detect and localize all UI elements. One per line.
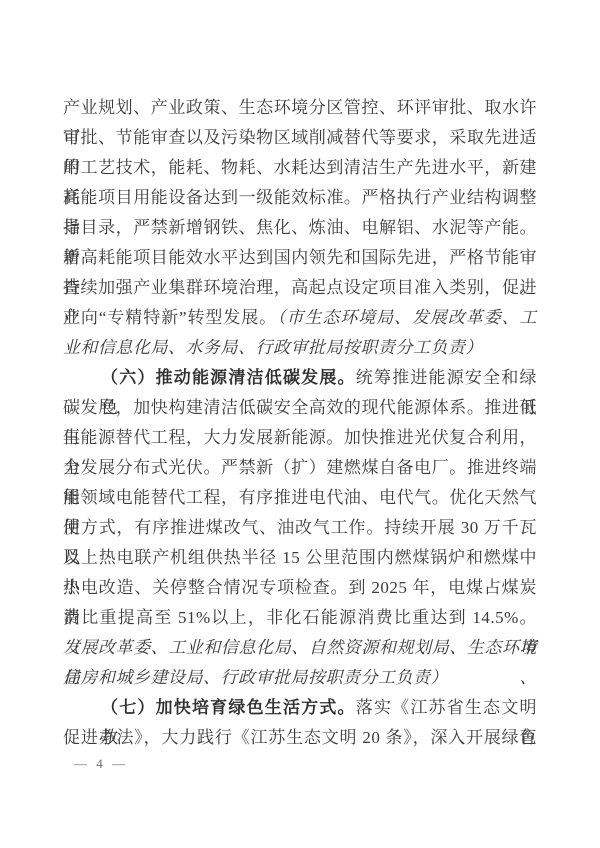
text-segment: 促进办法》，大力践行《江苏生态文明 20 条》，深入开展绿色 [63,728,537,747]
text-segment: 住房和城乡建设局、行政审批局按职责分工负责） [63,668,448,687]
text-line: 的工艺技术，能耗、物耗、水耗达到清洁生产先进水平，新建高 [63,153,537,183]
text-line: 持续加强产业集群环境治理，高起点设定项目准入类别，促进产 [63,273,537,303]
text-line: 能领域电能替代工程，有序推进电代油、电代气。优化天然气使 [63,483,537,513]
text-line: 促进办法》，大力践行《江苏生态文明 20 条》，深入开展绿色 [63,723,537,753]
text-segment: 业和信息化局、水务局、行政审批局按职责分工负责） [63,338,483,357]
text-line: 业向“专精特新”转型发展。（市生态环境局、发展改革委、工 [63,303,537,333]
text-segment: （七）加快培育绿色生活方式。 [101,698,356,717]
text-segment: 费比重提高至 51%以上，非化石能源消费比重达到 14.5%。 [63,608,537,627]
text-line: 增高耗能项目能效水平达到国内领先和国际先进，严格节能审查。 [63,243,537,273]
text-segment: 业向“专精特新”转型发展。 [63,308,277,327]
text-line: 发展改革委、工业和信息化局、自然资源和规划局、生态环境局、 [63,633,537,663]
text-line: 费比重提高至 51%以上，非化石能源消费比重达到 14.5%。（市 [63,603,537,633]
text-line: 导目录，严禁新增钢铁、焦化、炼油、电解铝、水泥等产能。新 [63,213,537,243]
text-segment: （六）推动能源清洁低碳发展。 [101,368,356,387]
text-line: 审批、节能审查以及污染物区域削减替代等要求，采取先进适用 [63,123,537,153]
text-line: 热电改造、关停整合情况专项检查。到 2025 年，电煤占煤炭消 [63,573,537,603]
text-line: 以上热电联产机组供热半径 15 公里范围内燃煤锅炉和燃煤中小 [63,543,537,573]
text-line: 生能源替代工程，大力发展新能源。加快推进光伏复合利用，全 [63,423,537,453]
text-line: 业和信息化局、水务局、行政审批局按职责分工负责） [63,333,537,363]
text-line: （七）加快培育绿色生活方式。落实《江苏省生态文明教育 [63,693,537,723]
document-page: 产业规划、产业政策、生态环境分区管控、环评审批、取水许可审批、节能审查以及污染物… [0,0,600,848]
text-line: 用方式，有序推进煤改气、油改气工作。持续开展 30 万千瓦及 [63,513,537,543]
text-line: 耗能项目用能设备达到一级能效标准。严格执行产业结构调整指 [63,183,537,213]
text-segment: （市生态环境局、发展改革委、工 [277,308,537,327]
text-line: 力发展分布式光伏。严禁新（扩）建燃煤自备电厂。推进终端用 [63,453,537,483]
text-line: 碳发展，加快构建清洁低碳安全高效的现代能源体系。推进可再 [63,393,537,423]
document-text-body: 产业规划、产业政策、生态环境分区管控、环评审批、取水许可审批、节能审查以及污染物… [63,93,537,753]
text-line: （六）推动能源清洁低碳发展。统筹推进能源安全和绿色低 [63,363,537,393]
page-number: — 4 — [74,756,128,772]
text-line: 产业规划、产业政策、生态环境分区管控、环评审批、取水许可 [63,93,537,123]
